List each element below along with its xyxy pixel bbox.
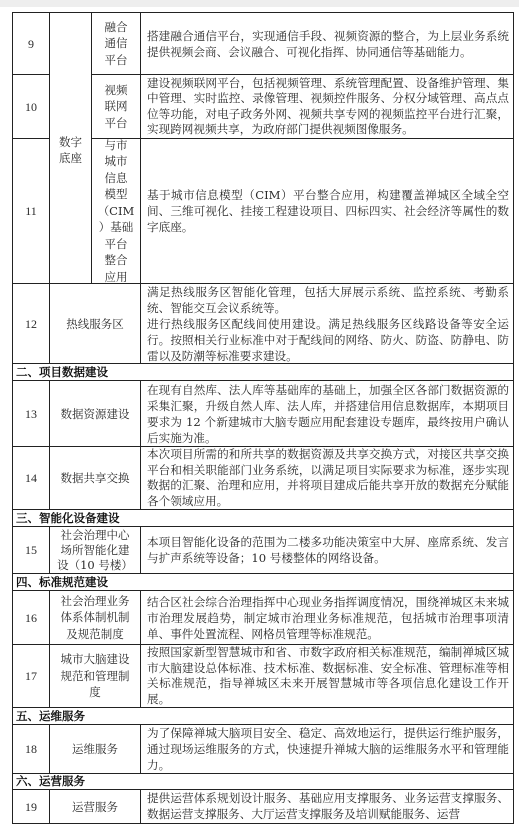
- row-number: 10: [13, 75, 50, 139]
- item-name-line: （CIM: [98, 203, 135, 220]
- item-description: 建设视频联网平台，包括视频管理、系统管理配置、设备维护管理、集中管理、实时监控、…: [141, 75, 513, 139]
- item-name-line: 联网: [105, 98, 128, 115]
- item-name-line: 社会治理业务: [61, 593, 130, 610]
- category-label-line: 底座: [59, 150, 82, 166]
- item-name-line: 城市大脑建设: [61, 651, 130, 668]
- row-number: 9: [13, 13, 50, 75]
- item-name-cell: 融合 通信 平台: [92, 13, 141, 75]
- category-label-line: 数字: [59, 134, 82, 150]
- item-name-cell: 热线服务区: [50, 284, 141, 364]
- item-name-line: 应用: [98, 269, 135, 284]
- item-name-line: 通信: [105, 35, 128, 52]
- item-name-cell: 运营服务: [50, 790, 141, 823]
- item-name-cell: 数据资源建设: [50, 381, 141, 447]
- item-description: 按照国家新型智慧城市和省、市数字政府相关标准规范，编制禅城区城市大脑建设总体标准…: [141, 645, 513, 708]
- description-paragraph: 进行热线服务区配线间使用建设。满足热线服务区线路设备等安全运行。按照相关行业标准…: [147, 316, 509, 364]
- item-description: 基于城市信息模型（CIM）平台整合应用，构建覆盖禅城区全域全空间、三维可视化、挂…: [141, 139, 513, 284]
- item-name-cell: 城市大脑建设 规范和管理制 度: [50, 645, 141, 708]
- section-header: 六、运营服务: [13, 774, 513, 790]
- row-number: 11: [13, 139, 50, 284]
- page-top-margin: [0, 0, 519, 7]
- item-name-line: 度: [61, 684, 130, 701]
- item-description: 提供运营体系规划设计服务、基础应用支撑服务、业务运营支撑服务、数据运营支撑服务、…: [141, 790, 513, 823]
- section-header: 四、标准规范建设: [13, 574, 513, 591]
- item-name-cell: 社会治理中心 场所智能化建 设（10 号楼）: [50, 527, 141, 574]
- row-number: 17: [13, 645, 50, 708]
- item-description: 本项目智能化设备的范围为二楼多功能决策室中大屏、座席系统、发言与扩声系统等设备；…: [141, 527, 513, 574]
- row-number: 14: [13, 447, 50, 510]
- item-name-line: ）基础: [98, 219, 135, 236]
- item-description: 为了保障禅城大脑项目安全、稳定、高效地运行，提供运行维护服务，通过现场运维服务的…: [141, 725, 513, 774]
- item-name-line: 规范和管理制: [61, 668, 130, 685]
- section-header: 二、项目数据建设: [13, 364, 513, 381]
- row-number: 15: [13, 527, 50, 574]
- row-number: 16: [13, 591, 50, 645]
- item-description: 满足热线服务区智能化管理，包括大屏展示系统、监控系统、考勤系统、智能交互会议系统…: [141, 284, 513, 364]
- category-cell: 数字 底座: [50, 13, 92, 284]
- item-name-line: 融合: [105, 19, 128, 36]
- item-name-line: 体系体制机制: [61, 609, 130, 626]
- item-description: 本次项目所需的和所共享的数据资源及共享交换方式，对接区共享交换平台和相关职能部门…: [141, 447, 513, 510]
- project-scope-table: 9 数字 底座 融合 通信 平台 搭建融合通信平台，实现通信手段、视频资源的整合…: [12, 12, 514, 824]
- section-header: 五、运维服务: [13, 708, 513, 725]
- row-number: 13: [13, 381, 50, 447]
- item-name-cell: 运维服务: [50, 725, 141, 774]
- item-description: 在现有自然库、法人库等基础库的基础上，加强全区各部门数据资源的采集汇聚，升级自然…: [141, 381, 513, 447]
- item-description: 结合区社会综合治理指挥中心现业务指挥调度情况，围绕禅城区未来城市治理发展趋势，制…: [141, 591, 513, 645]
- item-name-cell: 与市 城市 信息 模型 （CIM ）基础 平台 整合 应用: [92, 139, 141, 284]
- item-name-line: 及规范制度: [61, 626, 130, 643]
- item-name-line: 城市: [98, 153, 135, 170]
- section-header: 三、智能化设备建设: [13, 510, 513, 527]
- item-name-line: 与市: [98, 139, 135, 153]
- item-name-cell: 数据共享交换: [50, 447, 141, 510]
- row-number: 19: [13, 790, 50, 823]
- row-number: 18: [13, 725, 50, 774]
- item-name-line: 模型: [98, 186, 135, 203]
- item-name-line: 社会治理中心: [57, 528, 133, 543]
- item-name-cell: 社会治理业务 体系体制机制 及规范制度: [50, 591, 141, 645]
- description-paragraph: 满足热线服务区智能化管理，包括大屏展示系统、监控系统、考勤系统、智能交互会议系统…: [147, 284, 509, 316]
- item-name-cell: 视频 联网 平台: [92, 75, 141, 139]
- row-number: 12: [13, 284, 50, 364]
- item-description: 搭建融合通信平台，实现通信手段、视频资源的整合，为上层业务系统提供视频会商、会议…: [141, 13, 513, 75]
- item-name-line: 设（10 号楼）: [57, 558, 133, 573]
- item-name-line: 平台: [105, 115, 128, 132]
- item-name-line: 信息: [98, 170, 135, 187]
- item-name-line: 平台: [105, 52, 128, 69]
- item-name-line: 平台: [98, 236, 135, 253]
- item-name-line: 整合: [98, 252, 135, 269]
- item-name-line: 场所智能化建: [57, 543, 133, 558]
- item-name-line: 视频: [105, 82, 128, 99]
